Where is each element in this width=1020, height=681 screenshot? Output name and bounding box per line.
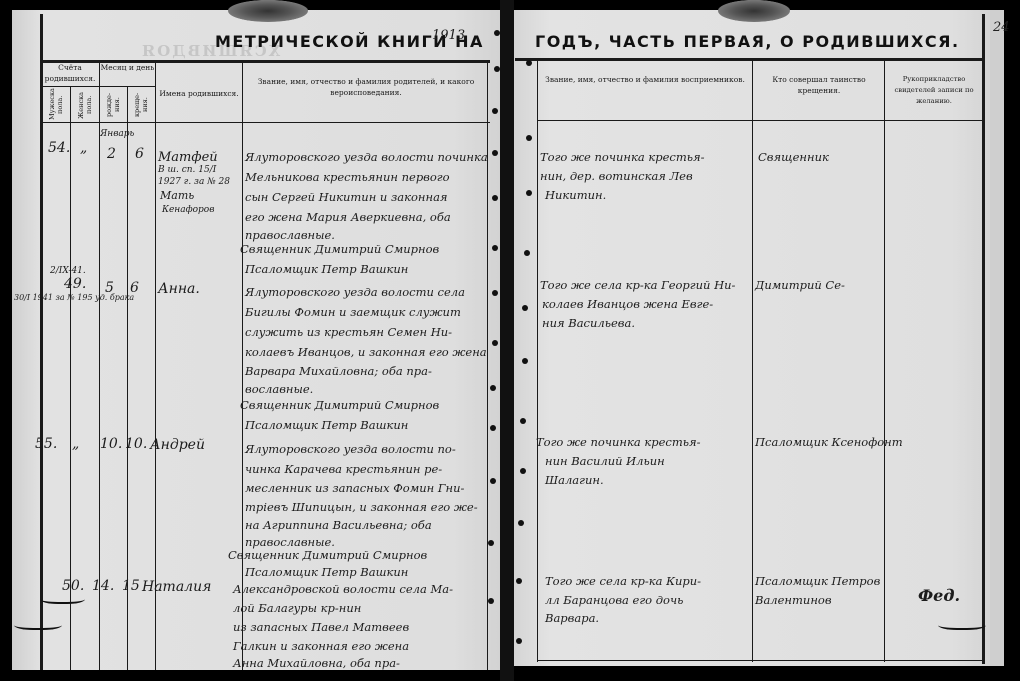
binding-hole: [494, 66, 500, 72]
binding-hole: [488, 598, 494, 604]
entry-2-baptized-day: 6: [130, 280, 139, 296]
entry-4-name: Наталия: [142, 578, 211, 598]
right-header-bottom-rule: [537, 120, 982, 121]
binding-hole: [518, 520, 524, 526]
entry-1-performer: Священник: [758, 148, 829, 168]
right-bottom-rule: [537, 660, 982, 661]
entry-4-godparents-line-1: Того же села кр-ка Кири-: [545, 572, 701, 592]
entry-1-baptized-day: 6: [135, 146, 144, 162]
entry-2-parents-line-5: Варвара Михайловна; оба пра-: [245, 362, 432, 382]
header-born: рожде-ния.: [105, 90, 121, 120]
book-gutter: [500, 0, 514, 681]
entry-2-signoff: Священник Димитрий Смирнов: [240, 396, 439, 416]
right-page-title: ГОДЪ, ЧАСТЬ ПЕРВАЯ, О РОДИВШИХСЯ.: [535, 32, 960, 51]
entry-3-born-day: 10.: [100, 436, 122, 452]
entry-1-born-day: 2: [107, 146, 116, 162]
binding-hole: [522, 305, 528, 311]
margin-signature-stroke: [14, 618, 62, 630]
imperial-emblem-right: [718, 0, 790, 22]
binding-hole: [516, 638, 522, 644]
entry-2-female-count: 49.: [64, 276, 86, 292]
binding-hole: [526, 135, 532, 141]
binding-hole: [490, 385, 496, 391]
imperial-emblem-left: [228, 0, 308, 22]
binding-hole: [492, 340, 498, 346]
col-sep-performer-signatures: [884, 60, 885, 662]
right-col-left-edge: [537, 60, 538, 662]
entry-3-parents-line-4: трiевъ Шипицын, и законная его же-: [245, 498, 478, 518]
binding-hole: [492, 195, 498, 201]
entry-1-parents-line-3: сын Сергей Никитин и законная: [245, 188, 448, 208]
entry-2-parents-line-4: колаевъ Иванцов, и законная его жена: [245, 343, 487, 363]
binding-hole: [492, 245, 498, 251]
entry-4-performer-line-1: Псаломщик Петров: [755, 572, 880, 592]
entry-1-parents-line-4: его жена Мария Аверкиевна, оба: [245, 208, 451, 228]
header-female: Женска пола.: [77, 90, 93, 120]
entry-4-baptized-day: 15: [122, 578, 140, 594]
binding-hole: [492, 108, 498, 114]
header-month-day: Месяц и день: [100, 62, 155, 73]
entry-4-parents-line-1: Александровской волости села Ма-: [233, 580, 453, 600]
binding-hole: [494, 30, 500, 36]
entry-4-born-day: 14.: [92, 578, 114, 594]
header-male: Мужеска пола.: [48, 90, 64, 120]
subheader-rule: [40, 86, 155, 87]
col-sep-names-parents: [242, 60, 243, 670]
binding-hole: [490, 478, 496, 484]
header-count: Счёта родившихся.: [42, 62, 98, 84]
entry-4-performer-line-2: Валентинов: [755, 591, 832, 611]
entry-4-godparents-line-3: Варвара.: [545, 609, 599, 629]
entry-3-baptized-day: 10.: [125, 436, 147, 452]
entry-1-name-note-4: Кенафоров: [162, 204, 214, 216]
right-header-top-rule: [515, 58, 985, 61]
header-parents: Звание, имя, отчество и фамилия родителе…: [248, 76, 484, 98]
header-bottom-rule: [40, 122, 490, 123]
entry-3-pre-note: Псаломщик Петр Вашкин: [245, 416, 408, 436]
binding-hole: [526, 60, 532, 66]
entry-2-born-day: 5: [105, 280, 114, 296]
entry-1-name-note-1: В ш. сп. 15/I: [158, 164, 216, 176]
entry-1-godparents-line-1: Того же починка крестья-: [540, 148, 705, 168]
entry-1-parents-line-1: Ялуторовского уезда волости починка: [245, 148, 488, 168]
header-signatures: Рукоприкладство свидетелей записи по жел…: [886, 74, 982, 107]
right-page: [512, 10, 990, 666]
binding-hole: [492, 150, 498, 156]
binding-hole: [526, 190, 532, 196]
entry-2-parents-line-1: Ялуторовского уезда волости села: [245, 283, 465, 303]
entry-3-godparents-line-2: нин Василий Ильин: [545, 452, 665, 472]
entry-2-parents-line-2: Бигилы Фомин и заемщик служит: [245, 303, 461, 323]
col-sep-godparents-performer: [752, 60, 753, 662]
binding-hole: [516, 578, 522, 584]
entry-2-name: Анна.: [158, 280, 200, 300]
page-number: 24: [993, 20, 1010, 35]
entry-1-parents-line-2: Мельникова крестьянин первого: [245, 168, 450, 188]
binding-hole: [520, 418, 526, 424]
page-edge-flap: [990, 10, 1004, 666]
margin-signature-stroke: [938, 618, 986, 630]
entry-3-parents-line-2: чинка Карачева крестьянин ре-: [245, 460, 442, 480]
entry-1-name-note-3: Мать: [160, 190, 194, 202]
entry-1-name-note-2: 1927 г. за № 28: [158, 176, 230, 188]
right-border: [982, 14, 985, 664]
entry-1-godparents-line-2: нин, дер. вотинская Лев: [540, 167, 693, 187]
entry-3-parents-line-3: месленник из запасных Фомин Гни-: [245, 479, 464, 499]
entry-1-month: Январь: [100, 128, 134, 140]
binding-hole: [520, 468, 526, 474]
left-border: [40, 14, 43, 670]
entry-4-godparents-line-2: лл Баранцова его дочь: [545, 591, 683, 611]
binding-hole: [488, 540, 494, 546]
entry-3-male-count: 55.: [35, 436, 57, 452]
margin-signature-stroke: [40, 592, 85, 604]
binding-hole: [490, 425, 496, 431]
entry-4-parents-line-2: лой Балагуры кр-нин: [233, 599, 361, 619]
entry-3-godparents-line-3: Шалагин.: [545, 471, 604, 491]
entry-3-female-count: „: [72, 436, 79, 452]
entry-3-performer: Псаломщик Ксенофонт: [755, 433, 903, 453]
header-godparents: Звание, имя, отчество и фамилия восприем…: [540, 74, 750, 85]
entry-2-godparents-line-3: ния Васильева.: [542, 314, 635, 334]
entry-4-parents-line-3: из запасных Павел Матвеев: [233, 618, 409, 638]
year-handwritten: 1913: [432, 26, 465, 46]
binding-hole: [522, 358, 528, 364]
entry-2-margin-note-2: 30/I 1941 за № 195 уд. брака: [14, 292, 134, 304]
binding-hole: [524, 250, 530, 256]
entry-2-godparents-line-1: Того же села кр-ка Георгий Ни-: [540, 276, 735, 296]
entry-3-godparents-line-1: Того же починка крестья-: [536, 433, 701, 453]
entry-3-parents-line-1: Ялуторовского уезда волости по-: [245, 440, 456, 460]
entry-1-male-count: 54.: [48, 140, 70, 156]
header-baptized: креще-ния.: [133, 90, 149, 120]
header-performer: Кто совершал таинство крещения.: [756, 74, 882, 96]
entry-1-signoff: Священник Димитрий Смирнов: [240, 240, 439, 260]
entry-2-parents-line-3: служить из крестьян Семен Ни-: [245, 323, 452, 343]
entry-1-female-count: „: [80, 140, 87, 156]
entry-2-performer: Димитрий Се-: [755, 276, 845, 296]
entry-4-signature-mark: Фед.: [918, 586, 960, 606]
entry-2-pre-note: Псаломщик Петр Вашкин: [245, 260, 408, 280]
entry-1-godparents-line-3: Никитин.: [545, 186, 606, 206]
entry-2-godparents-line-2: колаев Иванцов жена Евге-: [542, 295, 713, 315]
entry-4-parents-line-5: Анна Михайловна, оба пра-: [233, 654, 400, 674]
entry-3-name: Андрей: [150, 436, 205, 456]
binding-hole: [492, 290, 498, 296]
header-names: Имена родившихся.: [156, 88, 242, 99]
